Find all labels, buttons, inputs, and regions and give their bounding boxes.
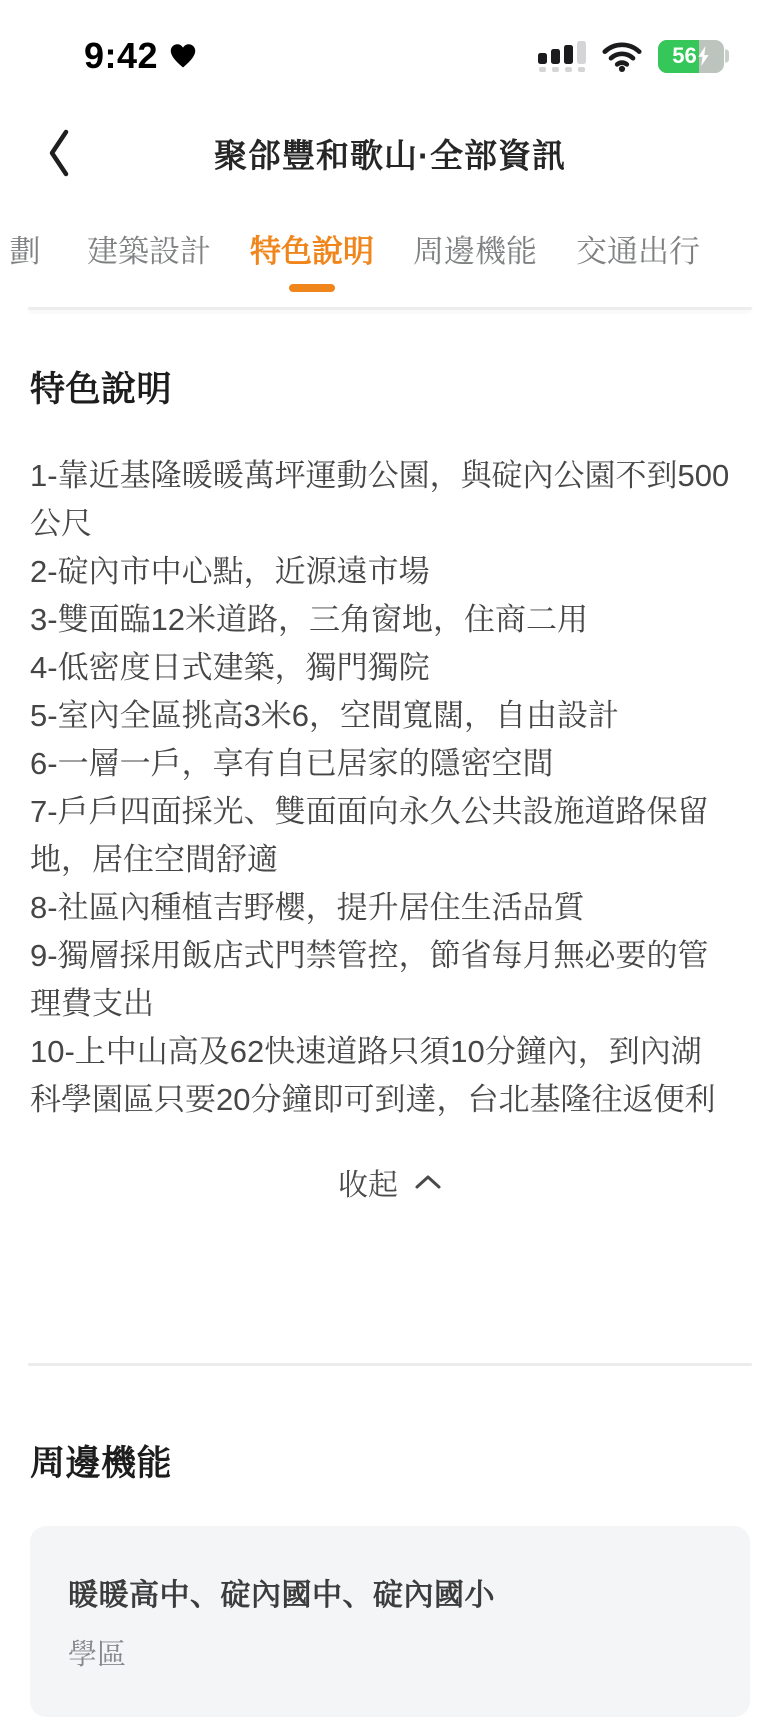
tab-transportation[interactable]: 交通出行: [576, 226, 700, 292]
cellular-signal-icon: [538, 41, 586, 72]
feature-item: 8-社區內種植吉野櫻，提升居住生活品質: [30, 884, 730, 932]
tab-label: 周邊機能: [413, 226, 537, 271]
feature-item: 4-低密度日式建築，獨門獨院: [30, 644, 730, 692]
status-time: 9:42: [84, 35, 158, 77]
charging-bolt-icon: [697, 46, 710, 66]
chevron-up-icon: [414, 1174, 442, 1190]
page-title: 聚郃豐和歌山·全部資訊: [214, 130, 566, 177]
feature-item: 9-獨層採用飯店式門禁管控，節省每月無必要的管理費支出: [30, 932, 730, 1028]
nav-header: 聚郃豐和歌山·全部資訊: [0, 104, 780, 202]
feature-item: 7-戶戶四面採光、雙面面向永久公共設施道路保留地，居住空間舒適: [30, 788, 730, 884]
feature-item: 5-室內全區挑高3米6，空間寬闊，自由設計: [30, 692, 730, 740]
tab-active-underline: [289, 284, 335, 292]
school-district-card[interactable]: 暖暖高中、碇內國中、碇內國小 學區: [30, 1526, 750, 1717]
collapse-button[interactable]: 收起: [30, 1158, 750, 1206]
tab-label: 建築設計: [87, 226, 211, 271]
tabbar-divider: [28, 307, 752, 310]
school-card-title: 暖暖高中、碇內國中、碇內國小: [68, 1570, 712, 1614]
school-card-subtitle: 學區: [68, 1632, 712, 1673]
feature-description-section: 特色說明 1-靠近基隆暖暖萬坪運動公園，與碇內公園不到500公尺 2-碇內市中心…: [0, 362, 780, 1206]
section-title-surroundings: 周邊機能: [30, 1436, 750, 1486]
tab-feature-description[interactable]: 特色說明: [250, 226, 374, 292]
tab-surrounding-amenities[interactable]: 周邊機能: [413, 226, 537, 292]
back-button[interactable]: [44, 126, 74, 180]
tab-architecture-design[interactable]: 建築設計: [87, 226, 211, 292]
section-divider: [28, 1363, 752, 1366]
tab-label: 劃: [10, 226, 41, 271]
tab-bar: 劃 建築設計 特色說明 周邊機能 交通出行: [0, 202, 780, 307]
collapse-label: 收起: [338, 1160, 398, 1204]
feature-item: 1-靠近基隆暖暖萬坪運動公園，與碇內公園不到500公尺: [30, 452, 730, 548]
status-bar: 9:42 56: [0, 0, 780, 104]
wifi-icon: [601, 41, 643, 72]
battery-percent: 56: [672, 43, 696, 69]
surrounding-amenities-section: 周邊機能 暖暖高中、碇內國中、碇內國小 學區: [0, 1436, 780, 1717]
feature-item: 10-上中山高及62快速道路只須10分鐘內，到內湖科學園區只要20分鐘即可到達，…: [30, 1028, 730, 1124]
feature-item: 3-雙面臨12米道路，三角窗地，住商二用: [30, 596, 730, 644]
tab-label: 交通出行: [576, 226, 700, 271]
battery-indicator: 56: [658, 40, 724, 73]
heart-icon: [168, 41, 198, 71]
section-title-features: 特色說明: [30, 362, 750, 412]
feature-item: 2-碇內市中心點，近源遠市場: [30, 548, 730, 596]
feature-item: 6-一層一戶，享有自已居家的隱密空間: [30, 740, 730, 788]
tab-label: 特色說明: [250, 226, 374, 271]
status-icons: 56: [538, 40, 724, 73]
tab-planning[interactable]: 劃: [2, 226, 48, 292]
feature-list: 1-靠近基隆暖暖萬坪運動公園，與碇內公園不到500公尺 2-碇內市中心點，近源遠…: [30, 452, 730, 1124]
